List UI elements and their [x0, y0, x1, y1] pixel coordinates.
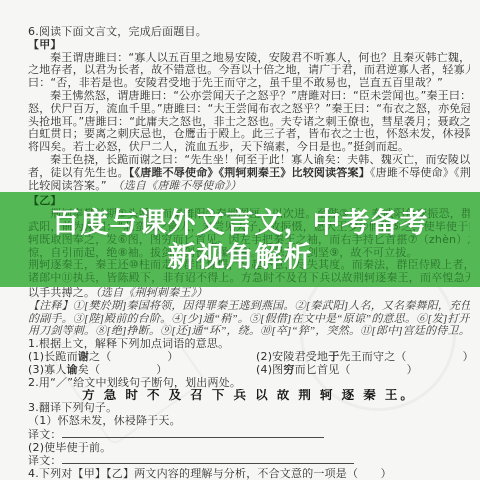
notes-line: 用刀剑等刺。⑧[绝]挣断。⑨[还]通“环”，绕。⑩[卒]“猝”，突然。⑪[郎中]…	[28, 325, 470, 338]
jia-reference-bold: 【《唐雎不辱使命》《荆轲刺秦王》比较阅读答案】	[129, 167, 370, 179]
question-1-head: 1.根据上文，解释下列加点词语的意思。	[28, 338, 470, 351]
jia-text-line: 比较阅读答案。” （选自《唐雎不辱使命》）	[28, 180, 470, 193]
question-2-head: 2.用“／”给文中划线句子断句，划出两处。	[28, 377, 470, 390]
question-1-item: (1)长跪而谢之（ ）	[28, 351, 256, 364]
yi-source-citation: （选自《荆轲刺秦王》）	[95, 287, 207, 299]
jia-source-citation: （选自《唐雎不辱使命》）	[118, 180, 241, 192]
banner-title: 百度与课外文言文，中考备考 新视角解析	[0, 192, 480, 287]
emphasized-word: 谕	[67, 364, 78, 376]
emphasized-word: 于	[328, 351, 339, 363]
question-1-items-row: (1)长跪而谢之（ ） (2)安陵君受地于先王而守之（ ） (3)寡人谕矣（ ）…	[28, 351, 470, 377]
translation-blank-row: 译文：	[28, 454, 470, 468]
answer-blank-line	[62, 428, 324, 438]
translation-label: 译文：	[28, 428, 62, 441]
emphasized-word: 穷	[283, 364, 294, 376]
jia-text-line: 怒，伏尸百万，流血千里。”唐雎曰：“大王尝闻布衣之怒乎？”秦王曰：“布衣之怒，亦…	[28, 103, 470, 116]
yi-text-segment: 以手共搏之。	[28, 287, 95, 299]
translation-label: 译文：	[28, 454, 62, 467]
question-3-head: 3.翻译下列句子。	[28, 402, 470, 415]
question-3-item1: （1）怀怒未发，休祲降于天。	[28, 415, 470, 428]
jia-text-line: 秦王怫然怒，谓唐雎曰：“公亦尝闻天子之怒乎？”唐雎对曰：“臣未尝闻也。”秦王曰：…	[28, 90, 470, 103]
promo-banner-over-text: 【乙】 荆轲奉樊於期①头函，而秦舞阳②奉地图匣，以次进。至陛③下，秦武阳色变振恐…	[0, 192, 480, 287]
notes-line: 【注释】①[樊於期]秦国将领，因得罪秦王逃到燕国。②[秦武阳]人名，又名秦舞阳，…	[28, 300, 470, 313]
jia-text-line: 之地存者，以君为长者，故不错意也。今吾以十倍之地，请广于君，而君逆寡人者，轻寡人…	[28, 64, 470, 77]
question-intro: 6.阅读下面文言文，完成后面题目。	[28, 26, 470, 39]
jia-text-line: 头抢地耳。”唐雎曰：“此庸夫之怒也，非士之怒也。夫专诸之刺王僚也，彗星袭月；聂政…	[28, 116, 470, 129]
exam-document-page: 6.阅读下面文言文，完成后面题目。 【甲】 秦王谓唐雎曰：“寡人以五百里之地易安…	[0, 0, 480, 480]
jia-text-segment: 比较阅读答案。”	[28, 180, 107, 192]
jia-text-line: 者，徒以有先生也。【《唐雎不辱使命》《荆轲刺秦王》比较阅读答案】《唐雎不辱使命》…	[28, 167, 470, 180]
jia-text-line: 秦王色挠，长跪而谢之曰：“先生坐！何至于此！寡人谕矣：夫韩、魏灭亡，而安陵以五十…	[28, 154, 470, 167]
emphasized-word: 谢	[78, 351, 89, 363]
jia-text-line: 秦王谓唐雎曰：“寡人以五百里之地易安陵，安陵君不听寡人，何也？且秦灭韩亡魏，而君…	[28, 52, 470, 65]
banner-title-line2: 新视角解析	[167, 240, 312, 274]
question-1-item: (4)图穷而匕首见（ ）	[256, 364, 470, 377]
banner-title-line1: 百度与课外文言文，中考备考	[51, 206, 428, 240]
question-3-item2: (2)使毕使于前。	[28, 442, 470, 455]
jia-text-segment: 《唐雎不辱使命》《荆轲刺秦王》	[370, 167, 470, 179]
jia-text-line: 曰：“否，非若是也。安陵君受地于先王而守之，虽千里不敢易也，岂直五百里哉？”	[28, 77, 470, 90]
section-jia-label: 【甲】	[28, 39, 470, 52]
notes-line: 的副手。③[陛]殿前的台阶。④[少]通“稍”。⑤[假借]在文中是“原谅”的意思。…	[28, 313, 470, 326]
jia-text-line: 将四矣。若士必怒，伏尸二人，流血五步，天下缟素，今日是也。”挺剑而起。	[28, 141, 470, 154]
question-4-head: 4.下列对【甲】【乙】两文内容的理解与分析，不合文意的一项是（ ）	[28, 468, 470, 480]
translation-blank-row: 译文：	[28, 428, 470, 442]
jia-text-line: 白虹贯日；要离之刺庆忌也，仓鹰击于殿上。此三子者，皆布衣之士也，怀怒未发，休祲降…	[28, 128, 470, 141]
yi-tail-line: 以手共搏之。（选自《荆轲刺秦王》）	[28, 287, 470, 300]
question-1-item: (3)寡人谕矣（ ）	[28, 364, 256, 377]
answer-blank-line	[62, 454, 354, 464]
question-2-sentence: 方 急 时 不 及 召 下 兵 以 故 荆 轲 逐 秦 王。	[28, 389, 470, 402]
jia-text-segment: 者，徒以有先生也。	[28, 167, 129, 179]
question-1-item: (2)安陵君受地于先王而守之（ ）	[256, 351, 470, 364]
